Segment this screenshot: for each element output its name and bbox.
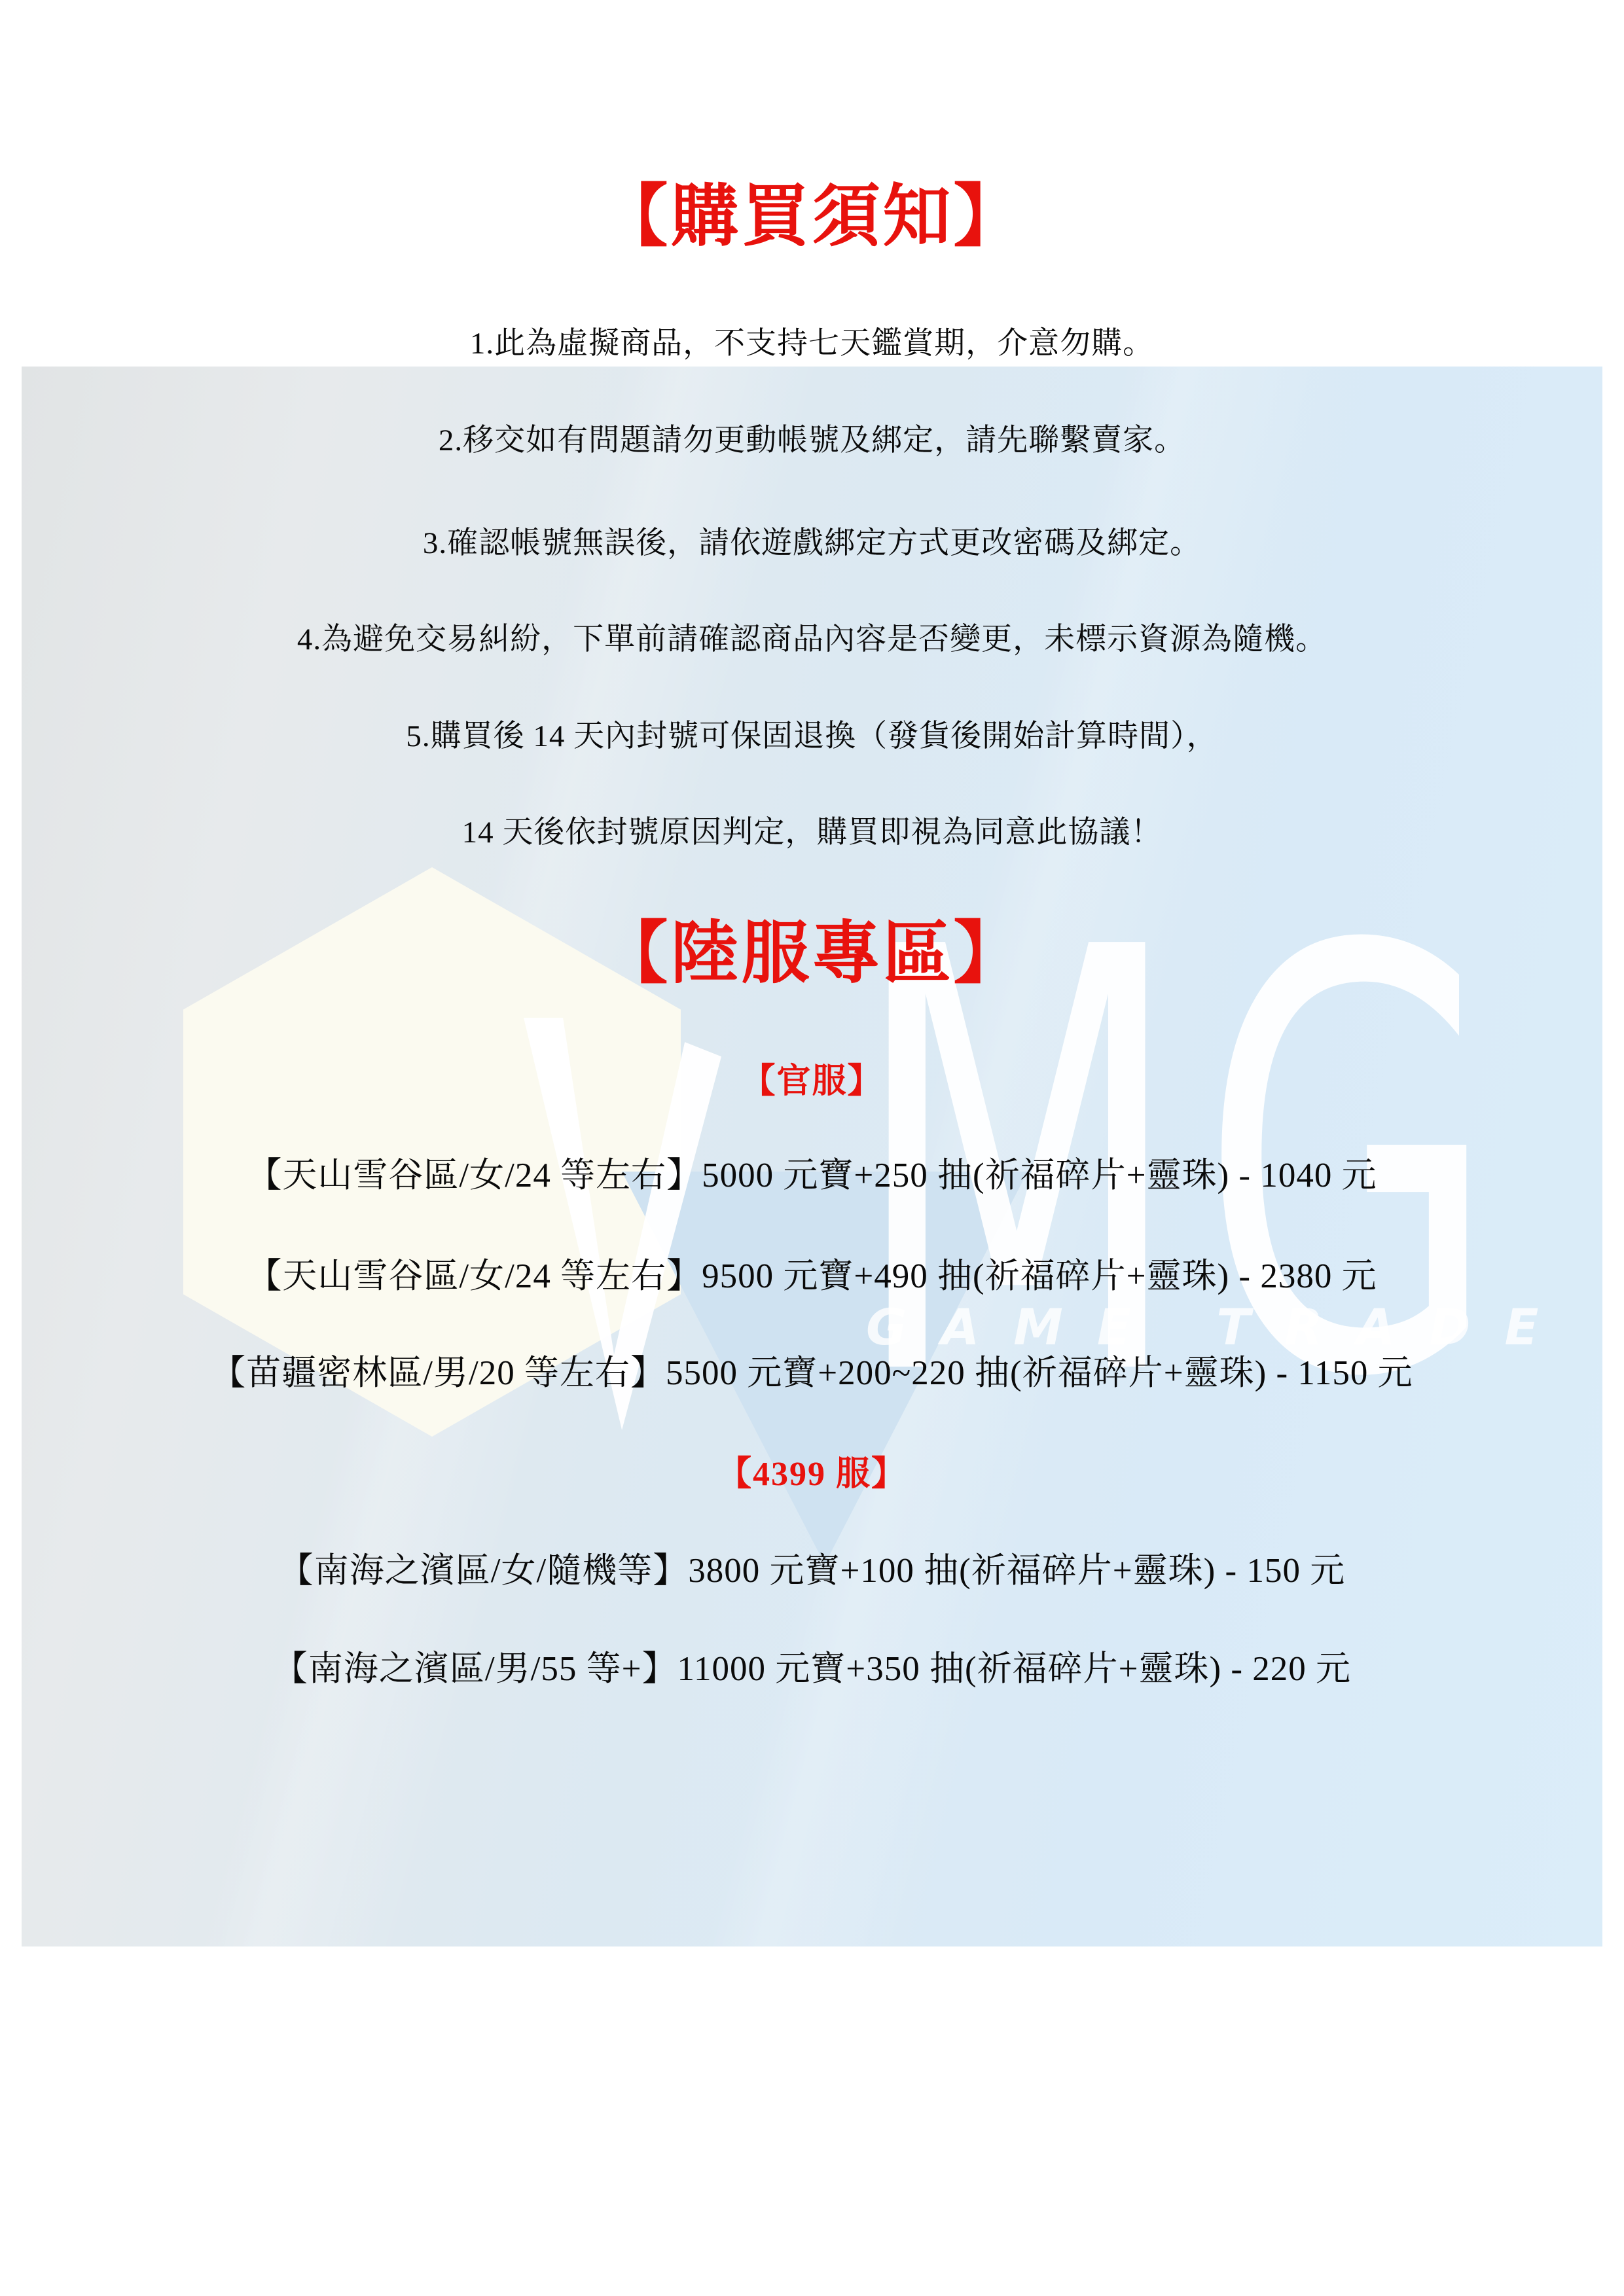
product-line: 【天山雪谷區/女/24 等左右】9500 元寶+490 抽(祈福碎片+靈珠) -… — [0, 1253, 1624, 1299]
server-4399-label: 【4399 服】 — [0, 1454, 1624, 1495]
notice-item: 4.為避免交易糾紛，下單前請確認商品內容是否變更，未標示資源為隨機。 — [0, 619, 1624, 660]
mainland-section-title: 【陸服專區】 — [0, 915, 1624, 994]
notice-item: 5.購買後 14 天內封號可保固退換（發貨後開始計算時間）， — [0, 716, 1624, 757]
product-line: 【苗疆密林區/男/20 等左右】5500 元寶+200~220 抽(祈福碎片+靈… — [0, 1350, 1624, 1396]
product-line: 【南海之濱區/女/隨機等】3800 元寶+100 抽(祈福碎片+靈珠) - 15… — [0, 1548, 1624, 1594]
notice-item: 3.確認帳號無誤後，請依遊戲綁定方式更改密碼及綁定。 — [0, 523, 1624, 564]
purchase-notice-title: 【購買須知】 — [0, 178, 1624, 257]
notice-item: 1.此為虛擬商品，不支持七天鑑賞期，介意勿購。 — [0, 323, 1624, 364]
notice-item-continuation: 14 天後依封號原因判定，購買即視為同意此協議！ — [0, 812, 1624, 853]
product-line: 【南海之濱區/男/55 等+】11000 元寶+350 抽(祈福碎片+靈珠) -… — [0, 1646, 1624, 1692]
product-line: 【天山雪谷區/女/24 等左右】5000 元寶+250 抽(祈福碎片+靈珠) -… — [0, 1153, 1624, 1198]
watermark-tagline: GAME TRADE — [866, 1302, 1572, 1352]
official-server-label: 【官服】 — [0, 1062, 1624, 1102]
notice-item: 2.移交如有問題請勿更動帳號及綁定，請先聯繫賣家。 — [0, 420, 1624, 461]
